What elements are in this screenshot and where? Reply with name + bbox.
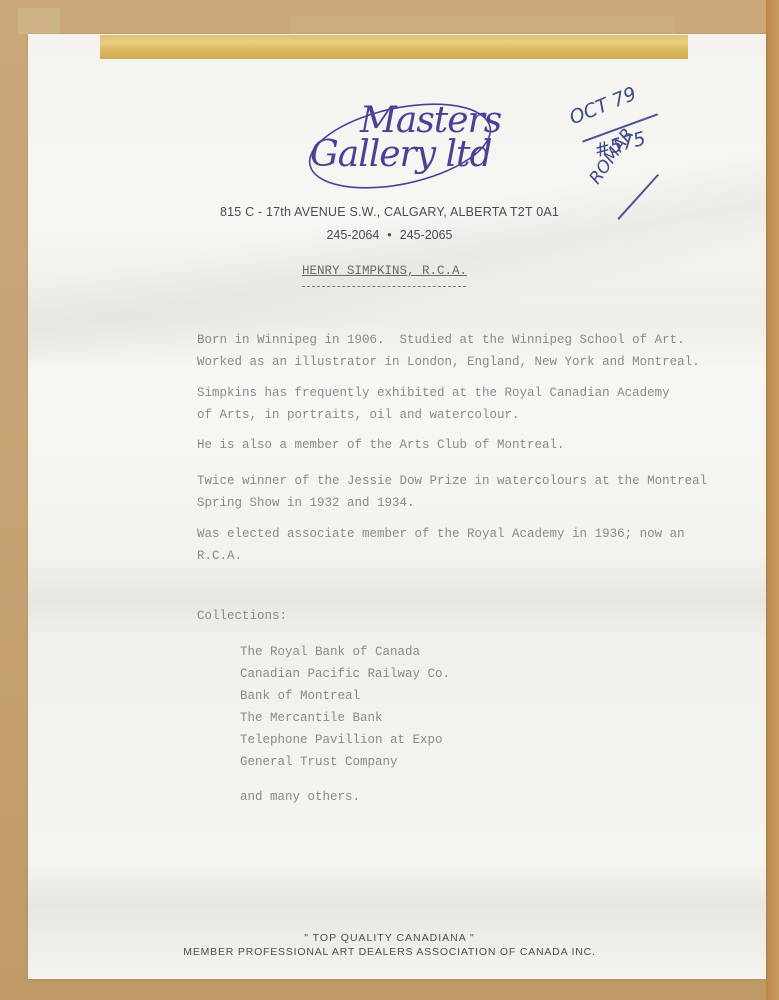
document-title: HENRY SIMPKINS, R.C.A. — [302, 260, 467, 282]
footer-tagline: " TOP QUALITY CANADIANA " — [0, 932, 779, 944]
title-double-underline — [302, 286, 466, 287]
collection-item: Canadian Pacific Railway Co. — [240, 663, 450, 685]
collection-item: Telephone Pavillion at Expo — [240, 729, 443, 751]
collections-closing: and many others. — [240, 786, 360, 808]
collection-item: The Mercantile Bank — [240, 707, 383, 729]
clear-tape-left — [18, 8, 60, 34]
phone-2: 245-2065 — [400, 228, 453, 242]
paragraph-5: Was elected associate member of the Roya… — [197, 523, 685, 567]
gallery-phones: 245-2064•245-2065 — [0, 228, 779, 242]
collection-item: The Royal Bank of Canada — [240, 641, 420, 663]
collections-label: Collections: — [197, 605, 287, 627]
collection-item: General Trust Company — [240, 751, 398, 773]
gallery-address: 815 C - 17th AVENUE S.W., CALGARY, ALBER… — [0, 205, 779, 219]
paragraph-3: He is also a member of the Arts Club of … — [197, 434, 565, 456]
paragraph-1: Born in Winnipeg in 1906. Studied at the… — [197, 329, 700, 373]
yellowed-tape — [100, 35, 688, 59]
logo-line-2: Gallery ltd — [310, 134, 492, 175]
bullet-icon: • — [387, 228, 391, 242]
collection-item: Bank of Montreal — [240, 685, 360, 707]
footer-membership: MEMBER PROFESSIONAL ART DEALERS ASSOCIAT… — [0, 946, 779, 958]
clear-tape — [290, 16, 675, 34]
paragraph-4: Twice winner of the Jessie Dow Prize in … — [197, 470, 707, 514]
phone-1: 245-2064 — [326, 228, 379, 242]
paragraph-2: Simpkins has frequently exhibited at the… — [197, 382, 670, 426]
gallery-logo: Masters Gallery ltd — [300, 96, 500, 192]
kraft-backing — [766, 0, 779, 1000]
